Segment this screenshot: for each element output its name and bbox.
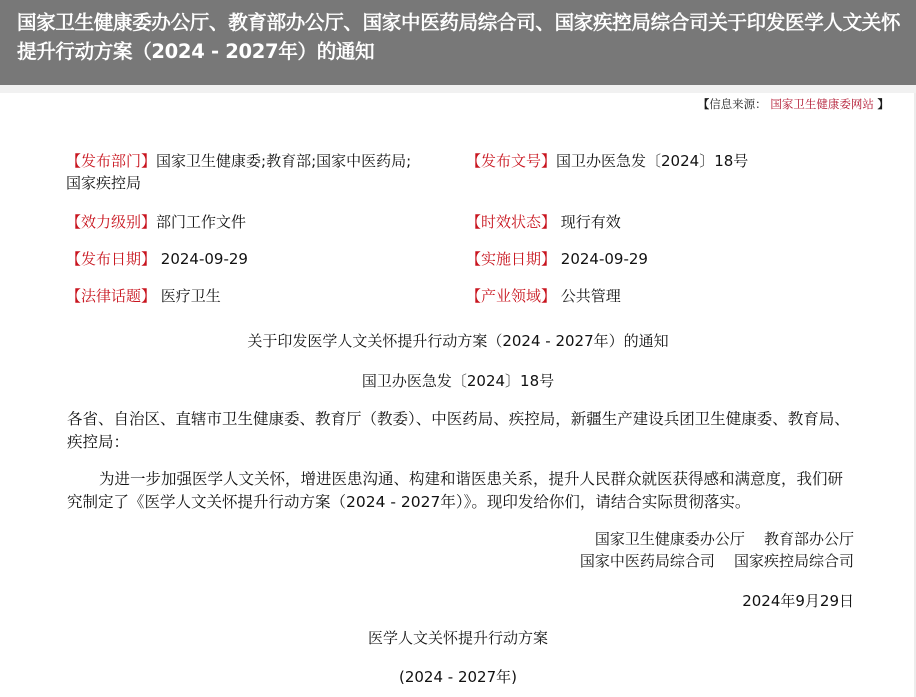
close-bracket: 】 xyxy=(878,97,890,111)
meta-status: 【时效状态】 现行有效 xyxy=(466,211,621,233)
page-title: 国家卫生健康委办公厅、教育部办公厅、国家中医药局综合司、国家疾控局综合司关于印发… xyxy=(17,8,907,66)
meta-value: 现行有效 xyxy=(561,213,621,231)
meta-level: 【效力级别】部门工作文件 xyxy=(66,211,246,233)
meta-publisher: 【发布部门】国家卫生健康委;教育部;国家中医药局; 国家疾控局 xyxy=(66,150,446,194)
page-header: 国家卫生健康委办公厅、教育部办公厅、国家中医药局综合司、国家疾控局综合司关于印发… xyxy=(0,0,916,85)
meta-label: 【效力级别】 xyxy=(66,213,156,231)
meta-label: 【实施日期】 xyxy=(466,250,556,268)
meta-value: 2024-09-29 xyxy=(161,250,248,268)
meta-label: 【发布日期】 xyxy=(66,250,156,268)
meta-topic: 【法律话题】 医疗卫生 xyxy=(66,285,221,307)
meta-value: 部门工作文件 xyxy=(156,213,246,231)
signature-line-1: 国家卫生健康委办公厅 教育部办公厅 xyxy=(595,528,854,550)
body-paragraph: 为进一步加强医学人文关怀，增进医患沟通、构建和谐医患关系，提升人民群众就医获得感… xyxy=(67,468,857,514)
meta-label: 【发布文号】 xyxy=(466,152,556,170)
document-number: 国卫办医急发〔2024〕18号 xyxy=(0,370,916,391)
meta-value: 国家卫生健康委;教育部;国家中医药局; xyxy=(156,152,411,170)
meta-publish-date: 【发布日期】 2024-09-29 xyxy=(66,248,248,270)
meta-industry: 【产业领域】 公共管理 xyxy=(466,285,621,307)
header-divider xyxy=(0,85,916,93)
meta-value: 医疗卫生 xyxy=(161,287,221,305)
meta-label: 【产业领域】 xyxy=(466,287,556,305)
meta-value: 公共管理 xyxy=(561,287,621,305)
source-link[interactable]: 国家卫生健康委网站 xyxy=(770,97,874,111)
source-label: 信息来源： xyxy=(709,97,767,111)
meta-doc-number: 【发布文号】国卫办医急发〔2024〕18号 xyxy=(466,150,748,172)
document-title: 关于印发医学人文关怀提升行动方案（2024 - 2027年）的通知 xyxy=(0,330,916,351)
meta-label: 【法律话题】 xyxy=(66,287,156,305)
plan-title: 医学人文关怀提升行动方案 xyxy=(0,627,916,648)
meta-label: 【时效状态】 xyxy=(466,213,556,231)
recipients: 各省、自治区、直辖市卫生健康委、教育厅（教委）、中医药局、疾控局，新疆生产建设兵… xyxy=(67,408,857,454)
plan-years: (2024 - 2027年) xyxy=(0,666,916,687)
open-bracket: 【 xyxy=(698,97,710,111)
meta-value: 2024-09-29 xyxy=(561,250,648,268)
meta-value-continued: 国家疾控局 xyxy=(66,174,141,192)
signature-line-2: 国家中医药局综合司 国家疾控局综合司 xyxy=(580,550,854,572)
signature-date: 2024年9月29日 xyxy=(742,590,854,612)
meta-effective-date: 【实施日期】 2024-09-29 xyxy=(466,248,648,270)
meta-value: 国卫办医急发〔2024〕18号 xyxy=(556,152,748,170)
meta-label: 【发布部门】 xyxy=(66,152,156,170)
info-source: 【信息来源： 国家卫生健康委网站 】 xyxy=(698,96,889,112)
